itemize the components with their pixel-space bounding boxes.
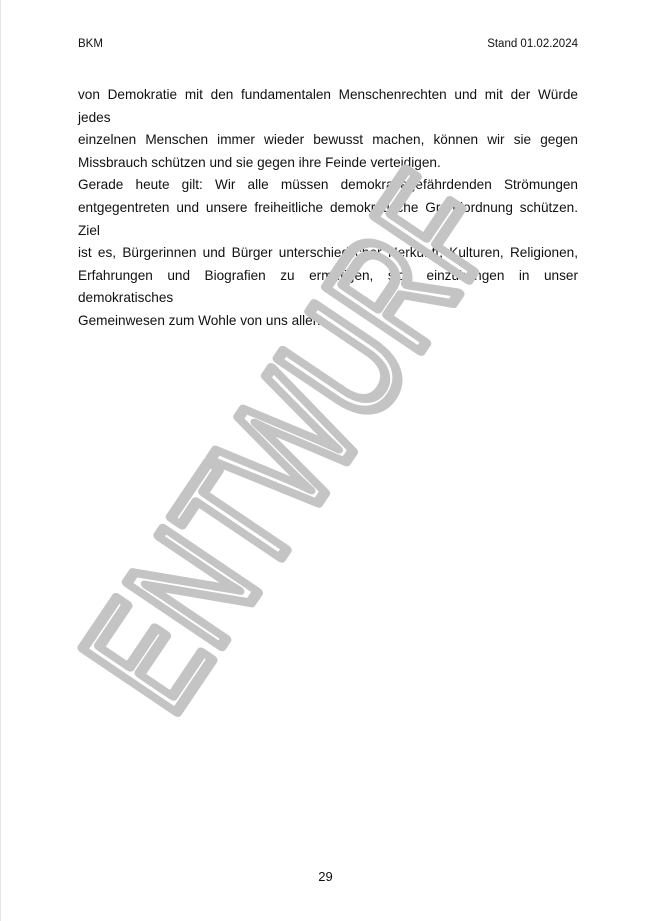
text-line: entgegentreten und unsere freiheitliche … <box>78 197 578 242</box>
page-number: 29 <box>1 869 650 884</box>
text-line: einzelnen Menschen immer wieder bewusst … <box>78 129 578 152</box>
body-text: von Demokratie mit den fundamentalen Men… <box>78 84 578 333</box>
text-line: Missbrauch schützen und sie gegen ihre F… <box>78 152 578 175</box>
text-line: Erfahrungen und Biografien zu ermutigen,… <box>78 265 578 310</box>
header-date: Stand 01.02.2024 <box>487 38 578 50</box>
text-line: ist es, Bürgerinnen und Bürger unterschi… <box>78 242 578 265</box>
text-line: von Demokratie mit den fundamentalen Men… <box>78 84 578 129</box>
text-line: Gemeinwesen zum Wohle von uns allen. <box>78 310 578 333</box>
header-org: BKM <box>78 38 103 50</box>
document-page: BKM Stand 01.02.2024 von Demokratie mit … <box>0 0 650 921</box>
text-line: Gerade heute gilt: Wir alle müssen demok… <box>78 174 578 197</box>
